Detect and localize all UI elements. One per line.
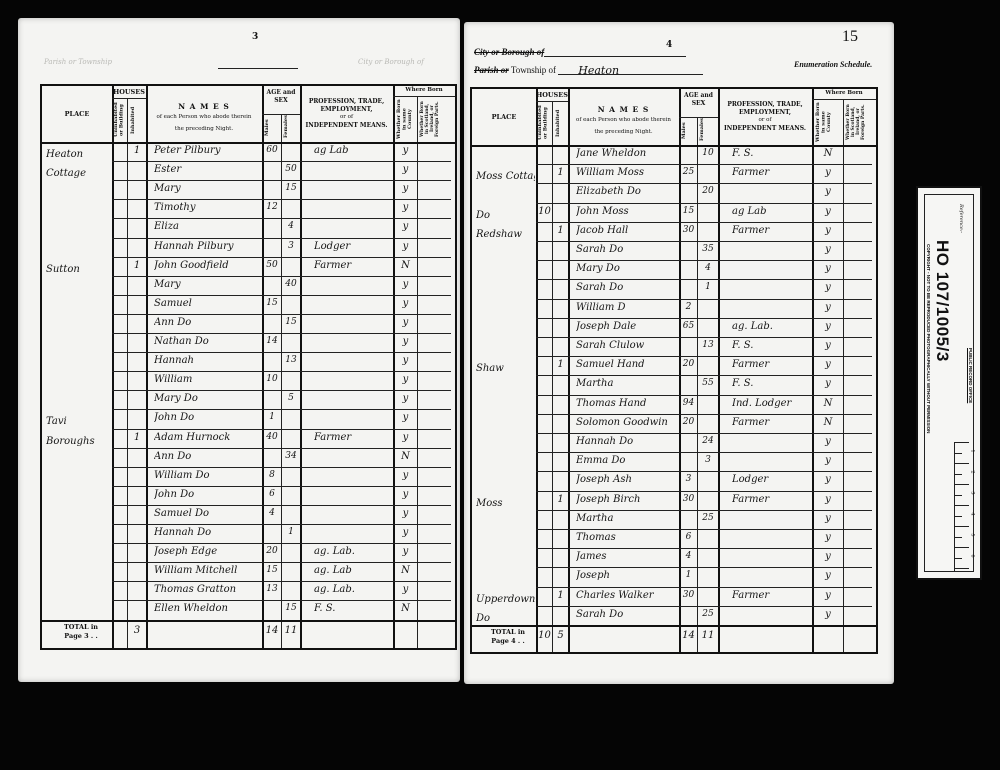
header-females: Females [284,118,297,138]
ruler-tick [955,442,969,443]
place-cell: Heaton [46,145,111,164]
inhabited-cell: 1 [128,141,146,160]
male-age-cell: 15 [263,294,281,313]
total-females: 11 [282,621,300,640]
name-cell: Thomas Hand [576,394,678,413]
ruler-tick [955,495,962,496]
ruler-cm-label: 2 [970,470,976,473]
inhabited-cell: 1 [553,490,568,509]
where-born-divider [393,96,455,97]
ruler-tick [955,484,969,485]
born-same-county-cell: y [394,408,417,427]
born-same-county-cell: y [813,278,843,297]
name-cell: John Do [154,408,261,427]
total-row-rule [42,620,455,622]
township-label: Township of [511,65,556,75]
born-same-county-cell: y [813,163,843,182]
uninhabited-cell: 10 [537,202,552,221]
female-age-cell: 15 [282,179,300,198]
faded-header-left: Parish or Township [44,58,112,66]
female-age-cell: 3 [698,451,718,470]
name-cell: William Do [154,466,261,485]
total-label-line1: TOTAL in [482,629,534,637]
inhabited-cell: 1 [553,355,568,374]
inhabited-cell: 1 [128,428,146,447]
ruler-cm-label: 6 [970,554,976,557]
male-age-cell: 3 [680,470,697,489]
total-row-rule [472,625,876,627]
copyright-notice: COPYRIGHT - NOT TO BE REPRODUCED PHOTOGR… [926,244,931,433]
name-cell: William [154,370,261,389]
born-same-county-cell: y [813,451,843,470]
city-borough-line: City or Borough of [474,46,686,57]
male-age-cell: 30 [680,221,697,240]
place-cell: Moss Cottage [476,167,535,186]
inhabited-cell: 1 [553,221,568,240]
name-cell: John Do [154,485,261,504]
header-independent-means: INDEPENDENT MEANS. [300,122,393,130]
header-place: PLACE [42,110,112,118]
ruler-tick [955,558,962,559]
name-cell: Sarah Do [576,240,678,259]
ruler-tick [955,474,962,475]
male-age-cell: 6 [680,528,697,547]
born-same-county-cell: y [394,351,417,370]
public-record-office-label: PUBLIC RECORD OFFICE [968,348,973,403]
profession-cell: Farmer [314,256,392,275]
header-where-born: Where Born [812,90,876,97]
male-age-cell: 65 [680,317,697,336]
name-cell: William D [576,298,678,317]
name-cell: John Moss [576,202,678,221]
born-same-county-cell: y [394,179,417,198]
female-age-cell: 15 [282,599,300,618]
name-cell: Elizabeth Do [576,182,678,201]
name-cell: Samuel [154,294,261,313]
profession-cell: ag Lab [732,202,811,221]
born-same-county-cell: y [813,182,843,201]
born-same-county-cell: y [394,332,417,351]
header-names: N A M E S [568,105,679,114]
name-cell: Martha [576,509,678,528]
profession-cell: Farmer [732,355,811,374]
male-age-cell: 1 [263,408,281,427]
born-same-county-cell: y [394,580,417,599]
female-age-cell: 40 [282,275,300,294]
place-cell: Do [476,206,535,225]
place-cell: Sutton [46,260,111,279]
born-same-county-cell: y [394,160,417,179]
female-age-cell: 25 [698,509,718,528]
name-cell: Jacob Hall [576,221,678,240]
born-same-county-cell: y [813,240,843,259]
born-same-county-cell: y [813,586,843,605]
name-cell: Emma Do [576,451,678,470]
female-age-cell: 25 [698,605,718,624]
header-houses: HOUSES [536,91,568,99]
inhabited-cell: 1 [128,256,146,275]
born-same-county-cell: y [394,504,417,523]
header-age-sex: AGE and SEX [262,89,300,104]
profession-cell: Farmer [732,221,811,240]
folio-number: 15 [842,28,858,46]
reference-card: Reference:- HO 107/1005/3 COPYRIGHT - NO… [916,186,982,580]
born-same-county-cell: y [394,542,417,561]
total-label-line1: TOTAL in [52,624,110,632]
male-age-cell: 20 [263,542,281,561]
measurement-ruler: 123456 [954,442,977,572]
born-same-county-cell: y [394,275,417,294]
profession-cell: ag. Lab. [732,317,811,336]
reference-label: Reference:- [958,204,964,233]
female-age-cell: 5 [282,389,300,408]
female-age-cell: 15 [282,313,300,332]
inhabited-cell: 1 [553,163,568,182]
header-age-sex: AGE and SEX [679,92,718,107]
place-cell: Boroughs [46,432,111,451]
schedule-title: Enumeration Schedule. [794,60,872,69]
ruler-tick [955,537,962,538]
born-same-county-cell: y [813,374,843,393]
male-age-cell: 20 [680,355,697,374]
male-age-cell: 30 [680,586,697,605]
name-cell: Ellen Wheldon [154,599,261,618]
header-females: Females [700,121,715,141]
female-age-cell: 13 [282,351,300,370]
ruler-tick [955,547,969,548]
male-age-cell: 8 [263,466,281,485]
city-borough-field [544,46,686,57]
name-cell: Thomas [576,528,678,547]
total-inhabited: 5 [553,626,568,645]
profession-cell: Lodger [314,237,392,256]
born-same-county-cell: N [813,394,843,413]
header-inhabited: Inhabited [131,102,144,138]
parish-label-struck: Parish or [474,65,509,75]
name-cell: Mary Do [154,389,261,408]
header-males: Males [682,121,694,141]
male-age-cell: 1 [680,566,697,585]
name-cell: Timothy [154,198,261,217]
born-same-county-cell: y [813,221,843,240]
name-cell: John Goodfield [154,256,261,275]
header-independent-means: INDEPENDENT MEANS. [718,125,812,133]
profession-cell: F. S. [732,374,811,393]
male-age-cell: 10 [263,370,281,389]
header-profession-or: or of [718,117,812,124]
male-age-cell: 6 [263,485,281,504]
name-cell: Thomas Gratton [154,580,261,599]
header-names-sub1: of each Person who abode therein [146,114,262,121]
male-age-cell: 30 [680,490,697,509]
born-same-county-cell: y [813,566,843,585]
name-cell: Sarah Clulow [576,336,678,355]
name-cell: Joseph Birch [576,490,678,509]
born-same-county-cell: y [394,313,417,332]
name-cell: James [576,547,678,566]
female-age-cell: 4 [282,217,300,236]
born-same-county-cell: y [394,294,417,313]
place-cell: Shaw [476,359,535,378]
header-rule [218,68,298,69]
where-born-divider [812,99,876,100]
header-uninhabited: Uninhabited or Building [114,102,126,138]
ruler-tick [955,505,969,506]
name-cell: Jane Wheldon [576,144,678,163]
age-sex-divider [262,114,300,115]
name-cell: Sarah Do [576,605,678,624]
born-same-county-cell: y [813,355,843,374]
born-same-county-cell: y [394,237,417,256]
born-same-county-cell: y [813,202,843,221]
name-cell: William Moss [576,163,678,182]
header-scotland-ireland: Whether Born in Scotland, Ireland, or Fo… [847,102,872,142]
name-cell: Joseph Ash [576,470,678,489]
born-same-county-cell: y [394,370,417,389]
born-same-county-cell: y [394,198,417,217]
header-place: PLACE [472,113,536,121]
name-cell: Martha [576,374,678,393]
name-cell: Joseph Edge [154,542,261,561]
female-age-cell: 24 [698,432,718,451]
name-cell: Joseph Dale [576,317,678,336]
profession-cell: Lodger [732,470,811,489]
name-cell: Mary Do [576,259,678,278]
born-same-county-cell: y [394,389,417,408]
total-females: 11 [698,626,718,645]
header-males: Males [265,118,278,138]
place-cell: Redshaw [476,225,535,244]
male-age-cell: 50 [263,256,281,275]
male-age-cell: 15 [263,561,281,580]
name-cell: Charles Walker [576,586,678,605]
reference-number: HO 107/1005/3 [932,240,952,362]
census-table-right: PLACEHOUSESUninhabited or BuildingInhabi… [470,87,878,654]
name-cell: Adam Hurnock [154,428,261,447]
female-age-cell: 1 [698,278,718,297]
ruler-tick [955,453,962,454]
houses-divider [536,101,568,102]
born-same-county-cell: N [813,413,843,432]
census-table-left: PLACEHOUSESUninhabited or BuildingInhabi… [40,84,457,650]
born-same-county-cell: y [813,298,843,317]
header-same-county: Whether Born in same County [397,99,413,139]
female-age-cell: 20 [698,182,718,201]
header-names: N A M E S [146,102,262,111]
born-same-county-cell: y [394,217,417,236]
city-borough-label: City or Borough of [474,47,544,57]
total-inhabited: 3 [128,621,146,640]
name-cell: Solomon Goodwin [576,413,678,432]
male-age-cell: 14 [263,332,281,351]
header-houses: HOUSES [112,88,146,96]
ruler-tick [955,463,969,464]
profession-cell: F. S. [314,599,392,618]
name-cell: Hannah Do [576,432,678,451]
profession-cell: ag Lab [314,141,392,160]
page-number: 3 [252,32,258,42]
township-value: Heaton [558,64,703,75]
born-same-county-cell: y [813,432,843,451]
female-age-cell: 55 [698,374,718,393]
born-same-county-cell: y [813,490,843,509]
profession-cell: ag. Lab. [314,542,392,561]
male-age-cell: 2 [680,298,697,317]
female-age-cell: 34 [282,447,300,466]
male-age-cell: 94 [680,394,697,413]
header-where-born: Where Born [393,87,455,94]
profession-cell: ag. Lab [314,561,392,580]
header-names-sub2: the preceding Night. [568,129,679,136]
female-age-cell: 1 [282,523,300,542]
male-age-cell: 25 [680,163,697,182]
houses-divider [112,98,146,99]
profession-cell: Farmer [732,413,811,432]
township-line: Parish or Township of Heaton [474,64,703,75]
total-label-line2: Page 4 . . [482,638,534,646]
born-same-county-cell: N [813,144,843,163]
female-age-cell: 10 [698,144,718,163]
name-cell: Joseph [576,566,678,585]
name-cell: Hannah Pilbury [154,237,261,256]
header-scotland-ireland: Whether Born in Scotland, Ireland, or Fo… [421,99,451,139]
ruler-cm-label: 5 [970,533,976,536]
name-cell: Mary [154,275,261,294]
column-divider [146,86,148,648]
ruler-tick [955,516,962,517]
header-profession: PROFESSION, TRADE, EMPLOYMENT, [300,98,393,113]
profession-cell: Farmer [732,490,811,509]
name-cell: Ann Do [154,313,261,332]
place-cell: Upperdown [476,590,535,609]
male-age-cell: 15 [680,202,697,221]
born-same-county-cell: y [394,485,417,504]
name-cell: Mary [154,179,261,198]
born-same-county-cell: y [813,259,843,278]
born-same-county-cell: N [394,256,417,275]
inhabited-cell: 1 [553,586,568,605]
profession-cell: F. S. [732,336,811,355]
header-profession: PROFESSION, TRADE, EMPLOYMENT, [718,101,812,116]
profession-cell: ag. Lab. [314,580,392,599]
female-age-cell: 50 [282,160,300,179]
born-same-county-cell: N [394,447,417,466]
header-names-sub2: the preceding Night. [146,126,262,133]
header-same-county: Whether Born in same County [816,102,839,142]
female-age-cell: 35 [698,240,718,259]
ruler-cm-label: 3 [970,491,976,494]
header-names-sub1: of each Person who abode therein [568,117,679,124]
total-label-line2: Page 3 . . [52,633,110,641]
name-cell: William Mitchell [154,561,261,580]
born-same-county-cell: y [394,523,417,542]
born-same-county-cell: N [394,599,417,618]
male-age-cell: 12 [263,198,281,217]
ruler-cm-label: 1 [970,449,976,452]
male-age-cell: 13 [263,580,281,599]
born-same-county-cell: y [813,336,843,355]
born-same-county-cell: y [813,317,843,336]
name-cell: Samuel Do [154,504,261,523]
name-cell: Peter Pilbury [154,141,261,160]
place-cell: Cottage [46,164,111,183]
male-age-cell: 4 [263,504,281,523]
header-profession-or: or of [300,114,393,121]
name-cell: Hannah [154,351,261,370]
ruler-tick [955,568,969,569]
profession-cell: Ind. Lodger [732,394,811,413]
male-age-cell: 4 [680,547,697,566]
born-same-county-cell: y [813,509,843,528]
born-same-county-cell: N [394,561,417,580]
total-uninhabited: 10 [537,626,552,645]
female-age-cell: 3 [282,237,300,256]
male-age-cell: 20 [680,413,697,432]
born-same-county-cell: y [813,528,843,547]
born-same-county-cell: y [813,470,843,489]
profession-cell: Farmer [732,163,811,182]
place-cell: Tavi [46,412,111,431]
ruler-cm-label: 4 [970,512,976,515]
place-cell: Moss [476,494,535,513]
total-males: 14 [680,626,697,645]
born-same-county-cell: y [813,605,843,624]
header-inhabited: Inhabited [556,105,566,141]
born-same-county-cell: y [813,547,843,566]
name-cell: Ester [154,160,261,179]
born-same-county-cell: y [394,428,417,447]
born-same-county-cell: y [394,466,417,485]
name-cell: Nathan Do [154,332,261,351]
profession-cell: Farmer [314,428,392,447]
faded-header-right: City or Borough of [358,58,424,66]
female-age-cell: 13 [698,336,718,355]
profession-cell: Farmer [732,586,811,605]
male-age-cell: 60 [263,141,281,160]
name-cell: Eliza [154,217,261,236]
column-divider [112,86,114,648]
column-divider [300,86,302,648]
male-age-cell: 40 [263,428,281,447]
name-cell: Samuel Hand [576,355,678,374]
header-uninhabited: Uninhabited or Building [538,105,551,141]
name-cell: Sarah Do [576,278,678,297]
total-males: 14 [263,621,281,640]
female-age-cell: 4 [698,259,718,278]
name-cell: Ann Do [154,447,261,466]
profession-cell: F. S. [732,144,811,163]
born-same-county-cell: y [394,141,417,160]
name-cell: Hannah Do [154,523,261,542]
ruler-tick [955,526,969,527]
